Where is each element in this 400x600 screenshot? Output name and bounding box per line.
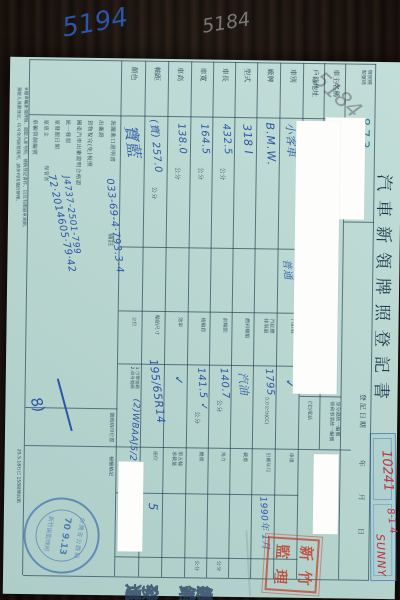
hw-width: 164.5	[198, 123, 211, 155]
spec-label-front-track: 前輪距	[221, 318, 227, 333]
spec-label-seats: 座位	[151, 451, 157, 461]
doc-orig-owner-label: 原車主	[42, 119, 50, 137]
hw-front-track: 140.7	[218, 367, 231, 399]
hw-fuel: 汽油	[235, 371, 253, 395]
hw-model: 318 I	[240, 124, 255, 155]
redaction-chassis-number	[117, 461, 143, 551]
spec-label-rear-track: 後輪距	[199, 317, 205, 332]
spec-label-wheelbase: 軸距	[151, 62, 162, 116]
inspection-check-label: 檢驗椿記	[107, 456, 113, 476]
doc-commodity-tax-label: 貨物稅完(免)稅照	[86, 120, 95, 167]
doc-orig-license-date-label: 原發照日期	[53, 119, 61, 149]
owner-name-label: 車主名稱	[330, 64, 341, 118]
reg-date-label: 登記日期	[357, 394, 368, 430]
spec-label-model: 型式	[241, 63, 252, 117]
spec-label-build-date: 出廠年月	[264, 452, 270, 472]
scanned-photo: { "title": "汽車新領牌照登記書", "reg_date": { "l…	[0, 0, 400, 600]
reg-date-year: 年	[357, 460, 367, 468]
print-spec-note: 25.5.18石已 150磅條紋紙	[15, 449, 21, 503]
spec-label-width: 車寬	[197, 62, 208, 116]
spec-label-load: 載重	[241, 452, 247, 462]
hw-rear-track: 141.5 ✓	[195, 367, 209, 411]
reg-date-day: 日	[356, 528, 366, 536]
spec-label-displacement: 汽缸總 排氣量	[262, 318, 274, 333]
hw-color: 寶藍	[120, 123, 147, 159]
spec-label-hp: 馬力	[219, 452, 225, 462]
doc-factory-cert-label: 出廠證	[97, 120, 105, 138]
red-stamp-name: SUNNY	[374, 534, 389, 578]
hw-length: 432.5	[220, 123, 233, 155]
unit-cc: 立方公分(CC)	[263, 396, 269, 424]
red-stamp-number: 10241	[378, 450, 395, 492]
owner-address-label: 戶籍地址	[309, 64, 320, 118]
doc-invoice-label: 統一發票	[64, 120, 72, 144]
unit-wheelbase: 公分	[150, 187, 159, 200]
redaction-owner-name-address	[293, 121, 341, 395]
form-title: 汽車新領牌照登記書	[370, 174, 399, 434]
spec-label-brake: 煞車	[176, 317, 182, 327]
spec-label-height: 車高	[174, 62, 185, 116]
unit-width: 公分	[197, 167, 206, 180]
reg-date-month: 月	[356, 494, 366, 502]
spec-label-fuel: 燃料種類	[243, 318, 249, 338]
red-square-seal: 新 竹 監 理	[264, 536, 319, 593]
spec-label-color: 顏色	[128, 61, 139, 115]
spec-label-fifth-wheel: 第五輪 承載量	[170, 451, 182, 466]
spec-label-tire-size: 輪胎尺寸	[153, 315, 159, 335]
hw-seats: 5	[146, 503, 160, 511]
unit-height: 公分	[174, 167, 183, 180]
unit-rear-track: 公分	[193, 411, 202, 424]
hw-height: 138.0	[175, 123, 188, 155]
hw-make: B.M.W.	[263, 122, 278, 166]
punch-stamp-cancelled: 繳銷	[179, 559, 214, 600]
owner-phone-label: (宅)電話	[305, 401, 311, 420]
spec-label-engine-chassis-no: 1.引擎號碼 2.車身號碼	[128, 366, 139, 388]
spec-label-standing: 立位	[130, 316, 136, 326]
spec-label-curb-weight: 車重	[287, 453, 293, 463]
spec-label-vehicle-type: 車別	[287, 64, 298, 118]
punch-stamp-returned: 發還	[125, 557, 160, 600]
hw-brake-check: ✓	[172, 375, 186, 386]
keeper-label: 保管者	[43, 165, 50, 182]
doc-control-number-label: 車輛管制編號	[31, 119, 40, 155]
spec-label-gross-weight: 總重	[197, 451, 203, 461]
hw-wheelbase: (寶) 257.0	[148, 118, 168, 173]
stamp-mark-label: 號碼烙印位置	[107, 412, 113, 442]
spec-label-make: 廠牌	[264, 63, 275, 117]
owner-id-label: 身分證統一編號 營利事業統一編號	[327, 401, 339, 441]
doc-customs-label: 海關進口證明書	[109, 120, 118, 162]
doc-domestic-cert-label: 國產汽車出廠證明合格證	[74, 120, 83, 186]
footnote-line2: 駕駛人異動登記、均可免列區監理所，請多利用通信辦理。	[14, 87, 21, 204]
unit-front-track: 公分	[215, 400, 224, 413]
hw-displacement: 1795	[263, 368, 276, 396]
spec-label-length: 車長	[219, 63, 230, 117]
registration-form-paper: 汽車新領牌照登記書 5184 登記日期 年 月 日 10241 8·1 4 SU…	[3, 57, 400, 599]
plate-type-label: 牌照種 類號碼	[359, 70, 371, 85]
unit-length: 公分	[219, 168, 228, 181]
redaction-id-number	[313, 454, 339, 534]
